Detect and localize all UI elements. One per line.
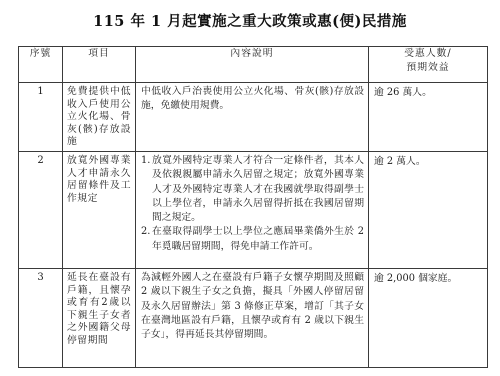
table-header-row: 序號 項目 內容說明 受惠人數/ 預期效益 xyxy=(19,47,488,83)
row1-paragraph: 中低收入戶治喪使用公立火化場、骨灰(骸)存放設施，免繳使用規費。 xyxy=(141,85,364,114)
row3-paragraph: 為減輕外國人之在臺設有戶籍子女懷孕期間及照顧 2 歲以下親生子女之負擔，擬具「外… xyxy=(141,271,364,342)
row3-serial-number: 3 xyxy=(19,268,63,367)
row2-list-text-1: 放寬外國特定專業人才符合一定條件者，其本人及依親親屬申請永久居留之規定；放寬外國… xyxy=(152,155,364,223)
row1-description: 中低收入戶治喪使用公立火化場、骨灰(骸)存放設施，免繳使用規費。 xyxy=(136,83,369,152)
row2-list-marker-2: 2. xyxy=(141,225,150,239)
table-row: 3 延長在臺設有戶籍，且懷孕或育有2歲以下親生子女者之外國籍父母停留期間 為減輕… xyxy=(19,268,488,367)
header-benefit: 受惠人數/ 預期效益 xyxy=(369,47,488,83)
header-item: 項目 xyxy=(63,47,136,83)
header-description: 內容說明 xyxy=(136,47,369,83)
row1-serial-number: 1 xyxy=(19,83,63,152)
row2-serial-number: 2 xyxy=(19,151,63,268)
row2-benefit: 逾 2 萬人。 xyxy=(369,151,488,268)
row2-list-item-1: 1. 放寬外國特定專業人才符合一定條件者，其本人及依親親屬申請永久居留之規定；放… xyxy=(141,154,364,225)
document-page: { "page_title": "115 年 1 月起實施之重大政策或惠(便)民… xyxy=(0,0,500,376)
row1-benefit: 逾 26 萬人。 xyxy=(369,83,488,152)
row2-description: 1. 放寬外國特定專業人才符合一定條件者，其本人及依親親屬申請永久居留之規定；放… xyxy=(136,151,369,268)
row3-description: 為減輕外國人之在臺設有戶籍子女懷孕期間及照顧 2 歲以下親生子女之負擔，擬具「外… xyxy=(136,268,369,367)
policy-table: 序號 項目 內容說明 受惠人數/ 預期效益 1 免費提供中低收入戶使用公立火化場… xyxy=(18,46,488,368)
row2-list-text-2: 在臺取得副學士以上學位之應屆畢業僑外生於 2 年覓職居留期間，得免申請工作許可。 xyxy=(152,226,364,251)
table-row: 2 放寬外國專業人才申請永久居留條件及工作規定 1. 放寬外國特定專業人才符合一… xyxy=(19,151,488,268)
row1-item: 免費提供中低收入戶使用公立火化場、骨灰(骸)存放設施 xyxy=(63,83,136,152)
header-serial-number: 序號 xyxy=(19,47,63,83)
row3-benefit: 逾 2,000 個家庭。 xyxy=(369,268,488,367)
page-title: 115 年 1 月起實施之重大政策或惠(便)民措施 xyxy=(0,10,500,31)
row3-item: 延長在臺設有戶籍，且懷孕或育有2歲以下親生子女者之外國籍父母停留期間 xyxy=(63,268,136,367)
row2-item: 放寬外國專業人才申請永久居留條件及工作規定 xyxy=(63,151,136,268)
row2-list-marker-1: 1. xyxy=(141,154,150,168)
row2-list-item-2: 2. 在臺取得副學士以上學位之應屆畢業僑外生於 2 年覓職居留期間，得免申請工作… xyxy=(141,225,364,254)
table-row: 1 免費提供中低收入戶使用公立火化場、骨灰(骸)存放設施 中低收入戶治喪使用公立… xyxy=(19,83,488,152)
